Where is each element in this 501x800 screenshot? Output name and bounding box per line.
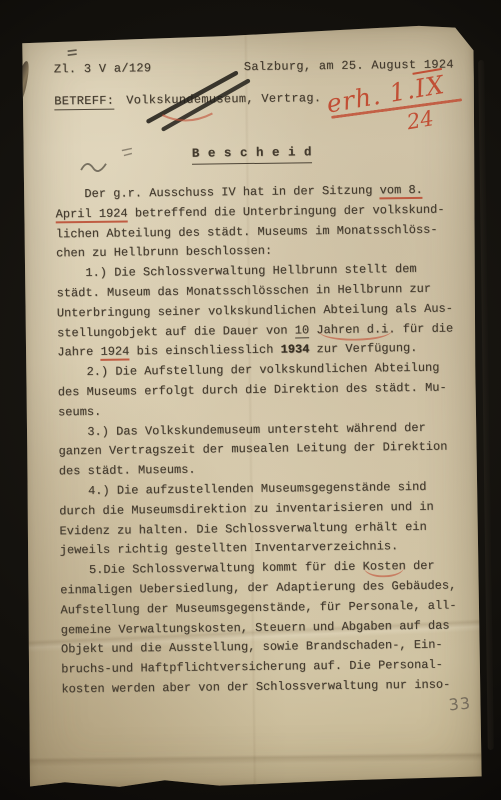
text-segment: jeweils richtig gestellten Inventarverze… bbox=[60, 540, 399, 558]
text-segment: ganzen Vertragszeit der musealen Leitung… bbox=[58, 440, 447, 459]
text-segment: seums. bbox=[58, 405, 101, 420]
text-segment: 10 bbox=[295, 323, 310, 338]
text-segment: chen zu Hellbrunn beschlossen: bbox=[56, 244, 272, 261]
text-segment: städt. Museum das Monatsschlösschen in H… bbox=[57, 282, 432, 301]
red-arc-under-subject-icon bbox=[162, 113, 212, 120]
text-segment: lichen Abteilung des städt. Museums im M… bbox=[56, 222, 438, 241]
text-segment: Jahre bbox=[57, 345, 100, 360]
subject-label: BETREFF: bbox=[54, 94, 114, 111]
received-note: erh. 1.IX 24 bbox=[325, 65, 492, 147]
text-segment: 1924 bbox=[100, 345, 129, 361]
received-note-month: IX bbox=[413, 70, 447, 104]
text-segment: bruchs-und Haftpflichtversicherung auf. … bbox=[61, 658, 443, 677]
text-segment: 4.) Die aufzustellenden Museumsgegenstän… bbox=[88, 480, 427, 498]
scan-background: Zl. 3 V a/129 Salzburg, am 25. August 19… bbox=[0, 0, 501, 800]
text-segment: stellungobjekt auf die Dauer von bbox=[57, 323, 295, 340]
paper-tear bbox=[15, 60, 31, 103]
text-segment: 3.) Das Volkskundemuseum untersteht währ… bbox=[87, 420, 426, 438]
text-segment: Unterbringung seiner volkskundlichen Abt… bbox=[57, 301, 453, 320]
subject-row: BETREFF:Volkskundemuseum, Vertrag. bbox=[54, 91, 321, 108]
underlying-page-edge bbox=[478, 60, 494, 750]
text-segment: Der g.r. Ausschuss IV hat in der Sitzung bbox=[84, 183, 379, 201]
document-page: Zl. 3 V a/129 Salzburg, am 25. August 19… bbox=[19, 23, 482, 788]
text-segment: 5.Die Schlossverwaltung kommt für die bbox=[89, 560, 363, 577]
document-header: Zl. 3 V a/129 Salzburg, am 25. August 19… bbox=[54, 57, 454, 76]
pencil-squiggle-icon bbox=[81, 164, 106, 172]
text-segment: einmaligen Uebersiedlung, der Adaptierun… bbox=[60, 578, 456, 597]
text-segment: kosten werden aber von der Schlossverwal… bbox=[61, 678, 450, 697]
document-heading: B e s c h e i d bbox=[21, 143, 483, 163]
heading-text: B e s c h e i d bbox=[192, 145, 312, 164]
text-segment: des Museums erfolgt durch die Direktion … bbox=[58, 381, 447, 400]
text-segment: des städt. Museums. bbox=[59, 463, 196, 479]
text-segment: Aufstellung der Museumsgegenstände, für … bbox=[60, 598, 456, 617]
ink-equals-mark-icon bbox=[68, 50, 77, 55]
text-segment: Evidenz zu halten. Die Schlossverwaltung… bbox=[59, 519, 426, 537]
subject-text: Volkskundemuseum, Vertrag. bbox=[126, 91, 321, 107]
text-segment: betreffend die Unterbringung der volksku… bbox=[128, 202, 445, 220]
text-segment: 2.) Die Aufstellung der volkskundlichen … bbox=[86, 361, 439, 379]
text-segment: vom 8. bbox=[380, 183, 423, 200]
text-segment: gemeine Verwaltungskosten, Steuern und A… bbox=[61, 618, 450, 637]
text-segment: Jahren d.i. bbox=[316, 322, 395, 337]
reference-number: Zl. 3 V a/129 bbox=[54, 61, 152, 76]
text-segment: 1.) Die Schlossverwaltung Hellbrunn stel… bbox=[85, 262, 416, 280]
text-segment: 1934 bbox=[280, 343, 309, 357]
text-segment: der bbox=[406, 559, 435, 573]
place-date: Salzburg, am 25. August 1924 bbox=[244, 57, 454, 74]
text-segment: April 1924 bbox=[56, 206, 128, 223]
text-segment: für die bbox=[395, 321, 453, 336]
text-segment: bis einschliesslich bbox=[129, 343, 280, 359]
typed-line: kosten werden aber von der Schlossverwal… bbox=[61, 675, 468, 700]
document-body: Der g.r. Ausschuss IV hat in der Sitzung… bbox=[55, 180, 468, 700]
page-number: 33 bbox=[448, 693, 472, 714]
text-segment: Kosten bbox=[363, 559, 406, 574]
text-segment: Objekt und die Ausstellung, sowie Brands… bbox=[61, 638, 443, 657]
text-segment: zur Verfügung. bbox=[309, 341, 417, 356]
text-segment: durch die Museumsdirektion zu inventaris… bbox=[59, 500, 434, 519]
